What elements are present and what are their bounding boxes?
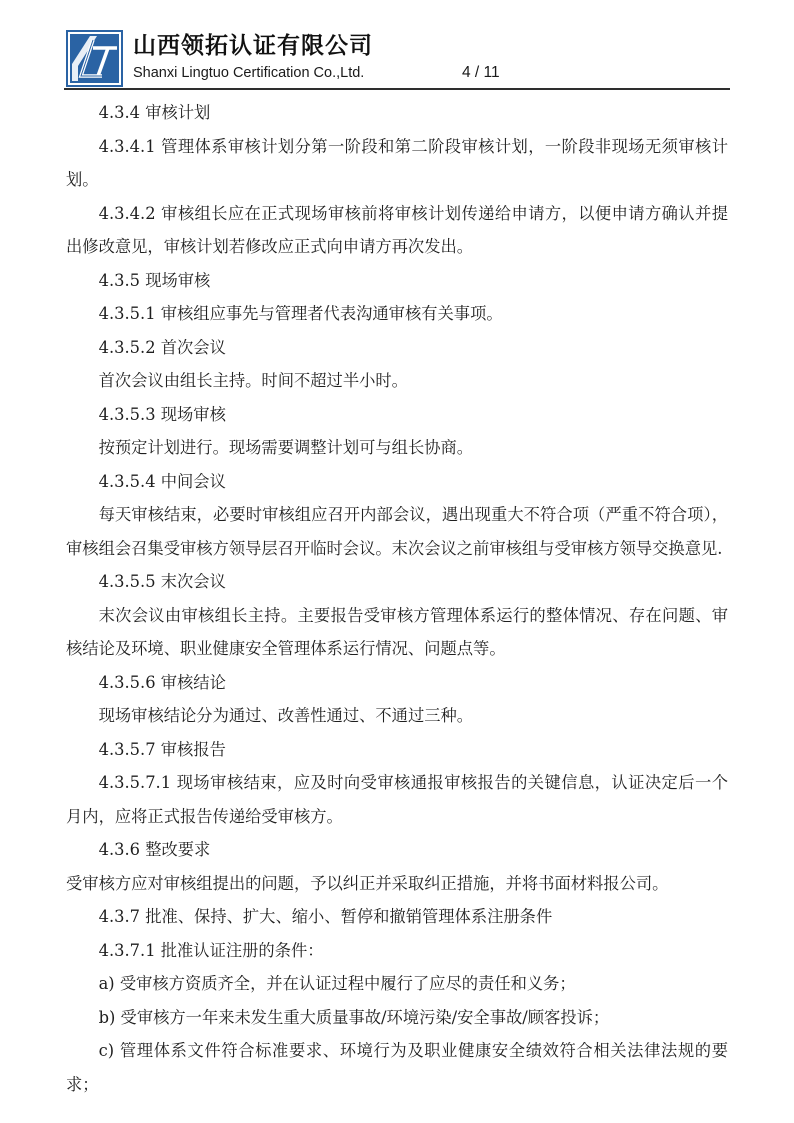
document-page: 山西领拓认证有限公司 Shanxi Lingtuo Certification … [0, 0, 794, 1123]
paragraph: 4.3.5.7 审核报告 [66, 733, 728, 767]
paragraph: 末次会议由审核组长主持。主要报告受审核方管理体系运行的整体情况、存在问题、审核结… [66, 599, 728, 666]
header-divider [64, 88, 730, 90]
paragraph: 每天审核结束，必要时审核组应召开内部会议，遇出现重大不符合项（严重不符合项），审… [66, 498, 728, 565]
company-name-cn: 山西领拓认证有限公司 [133, 30, 373, 60]
paragraph: 现场审核结论分为通过、改善性通过、不通过三种。 [66, 699, 728, 733]
paragraph: 4.3.5.5 末次会议 [66, 565, 728, 599]
paragraph: 4.3.7.1 批准认证注册的条件： [66, 934, 728, 968]
company-titles: 山西领拓认证有限公司 Shanxi Lingtuo Certification … [133, 30, 373, 83]
paragraph: c) 管理体系文件符合标准要求、环境行为及职业健康安全绩效符合相关法律法规的要求… [66, 1034, 728, 1101]
document-body: 4.3.4 审核计划4.3.4.1 管理体系审核计划分第一阶段和第二阶段审核计划… [66, 96, 728, 1101]
paragraph: 4.3.5 现场审核 [66, 264, 728, 298]
paragraph: 4.3.4.2 审核组长应在正式现场审核前将审核计划传递给申请方，以便申请方确认… [66, 197, 728, 264]
paragraph: b) 受审核方一年来未发生重大质量事故/环境污染/安全事故/顾客投诉； [66, 1001, 728, 1035]
company-name-en: Shanxi Lingtuo Certification Co.,Ltd. [133, 63, 373, 83]
paragraph: 4.3.4 审核计划 [66, 96, 728, 130]
paragraph: 4.3.5.2 首次会议 [66, 331, 728, 365]
paragraph: 首次会议由组长主持。时间不超过半小时。 [66, 364, 728, 398]
page-header: 山西领拓认证有限公司 Shanxi Lingtuo Certification … [66, 30, 730, 88]
paragraph: 4.3.7 批准、保持、扩大、缩小、暂停和撤销管理体系注册条件 [66, 900, 728, 934]
paragraph: a) 受审核方资质齐全，并在认证过程中履行了应尽的责任和义务； [66, 967, 728, 1001]
paragraph: 按预定计划进行。现场需要调整计划可与组长协商。 [66, 431, 728, 465]
paragraph: 受审核方应对审核组提出的问题，予以纠正并采取纠正措施，并将书面材料报公司。 [66, 867, 728, 901]
paragraph: 4.3.5.1 审核组应事先与管理者代表沟通审核有关事项。 [66, 297, 728, 331]
paragraph: 4.3.4.1 管理体系审核计划分第一阶段和第二阶段审核计划，一阶段非现场无须审… [66, 130, 728, 197]
paragraph: 4.3.5.7.1 现场审核结束，应及时向受审核通报审核报告的关键信息，认证决定… [66, 766, 728, 833]
paragraph: 4.3.5.4 中间会议 [66, 465, 728, 499]
page-number: 4 / 11 [462, 64, 500, 82]
paragraph: 4.3.5.6 审核结论 [66, 666, 728, 700]
paragraph: 4.3.5.3 现场审核 [66, 398, 728, 432]
paragraph: 4.3.6 整改要求 [66, 833, 728, 867]
company-logo-icon [66, 30, 123, 87]
